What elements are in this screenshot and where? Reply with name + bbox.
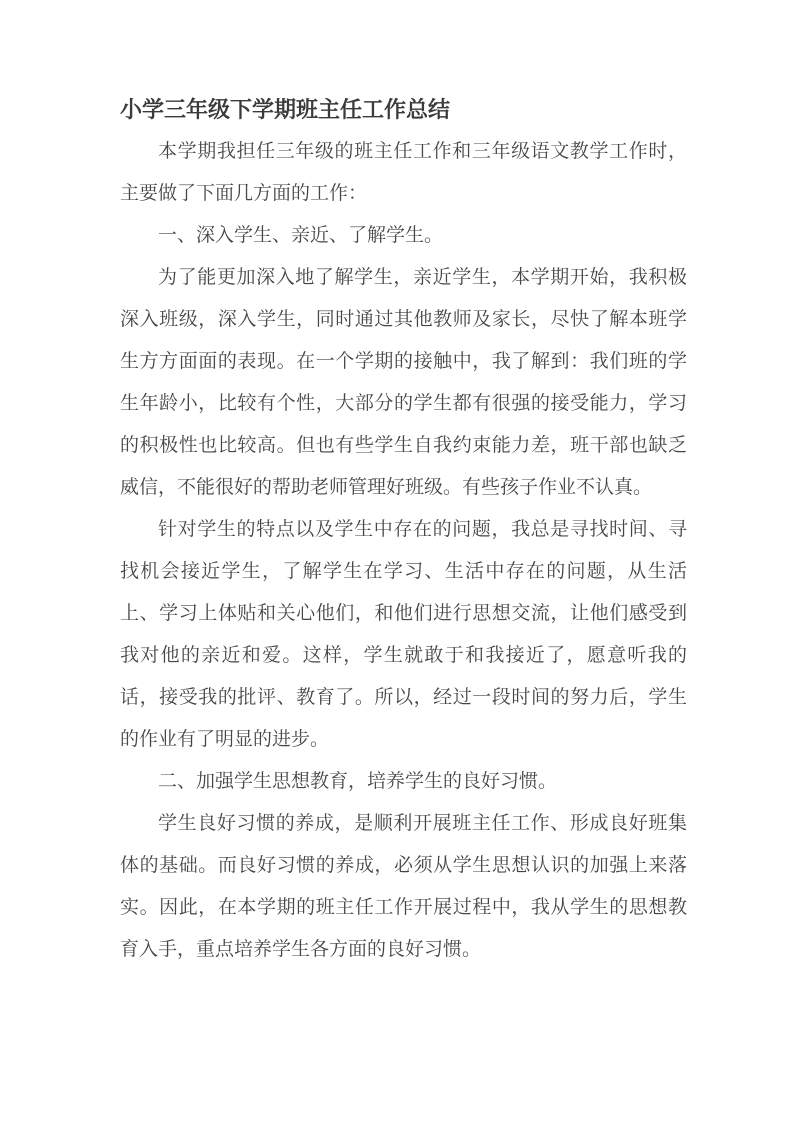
document-content: 小学三年级下学期班主任工作总结 本学期我担任三年级的班主任工作和三年级语文教学工… <box>120 89 687 971</box>
paragraph-section2-body: 学生良好习惯的养成，是顺利开展班主任工作、形成良好班集体的基础。而良好习惯的养成… <box>120 803 687 971</box>
document-title: 小学三年级下学期班主任工作总结 <box>120 89 687 131</box>
paragraph-section1-body: 为了能更加深入地了解学生，亲近学生，本学期开始，我积极深入班级，深入学生，同时通… <box>120 257 687 509</box>
document-page: 小学三年级下学期班主任工作总结 本学期我担任三年级的班主任工作和三年级语文教学工… <box>0 0 793 1122</box>
paragraph-intro: 本学期我担任三年级的班主任工作和三年级语文教学工作时，主要做了下面几方面的工作： <box>120 131 687 215</box>
paragraph-section1-body2: 针对学生的特点以及学生中存在的问题，我总是寻找时间、寻找机会接近学生，了解学生在… <box>120 509 687 761</box>
section-heading-2: 二、加强学生思想教育，培养学生的良好习惯。 <box>120 761 687 803</box>
section-heading-1: 一、深入学生、亲近、了解学生。 <box>120 215 687 257</box>
